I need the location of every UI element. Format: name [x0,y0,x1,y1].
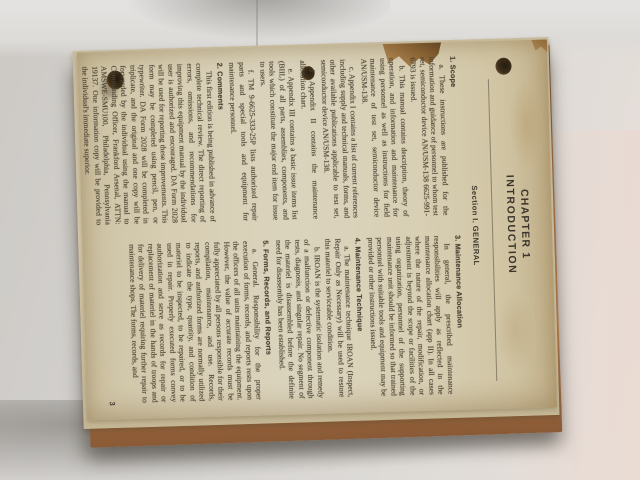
para-heading-forms-records-reports: 5. Forms, Records, and Reports [262,240,275,399]
paragraph: a. The maintenance technique IROAN (Insp… [323,238,356,398]
paragraph: b. IROAN is the systematic isolation and… [274,239,326,399]
paragraph: This first edition is being published in… [80,63,217,226]
para-heading-maintenance-technique: 4. Maintenance Technique [354,238,367,397]
text-columns: 1. Scope a. These instructions are publi… [78,56,466,404]
background-shadow-smudge [110,0,390,44]
right-column: 3. Maintenance Allocation In general, th… [83,235,466,405]
left-column: 1. Scope a. These instructions are publi… [78,56,461,226]
para-heading-comments: 2. Comments [215,63,228,222]
paragraph: a. General. Responsibility for the prope… [127,241,264,404]
paragraph: a. These instructions are published for … [408,56,450,216]
paragraph: e. Appendix III contains a basic issue i… [258,61,300,221]
para-heading-maintenance-allocation: 3. Maintenance Allocation [453,235,466,394]
page-content: CHAPTER 1 INTRODUCTION Section I. GENERA… [77,40,557,421]
heading-rule [488,79,497,381]
paragraph: In general, the prescribed maintenance r… [366,235,456,396]
paragraph: c. Appendix I contains a list of current… [319,59,361,219]
page-number: 3 [107,382,117,406]
paragraph: b. This manual contains description, the… [359,57,411,217]
paragraph: d. Appendix II contains the maintenance … [298,60,321,219]
para-heading-scope: 1. Scope [448,56,461,215]
corner-tear [531,40,549,54]
photo-scene: CHAPTER 1 INTRODUCTION Section I. GENERA… [0,0,640,480]
manual-page: CHAPTER 1 INTRODUCTION Section I. GENERA… [77,40,557,421]
paragraph: f. TM 9-6625-333-25P lists authorized re… [227,62,260,222]
section-heading: Section I. GENERAL [466,42,485,410]
